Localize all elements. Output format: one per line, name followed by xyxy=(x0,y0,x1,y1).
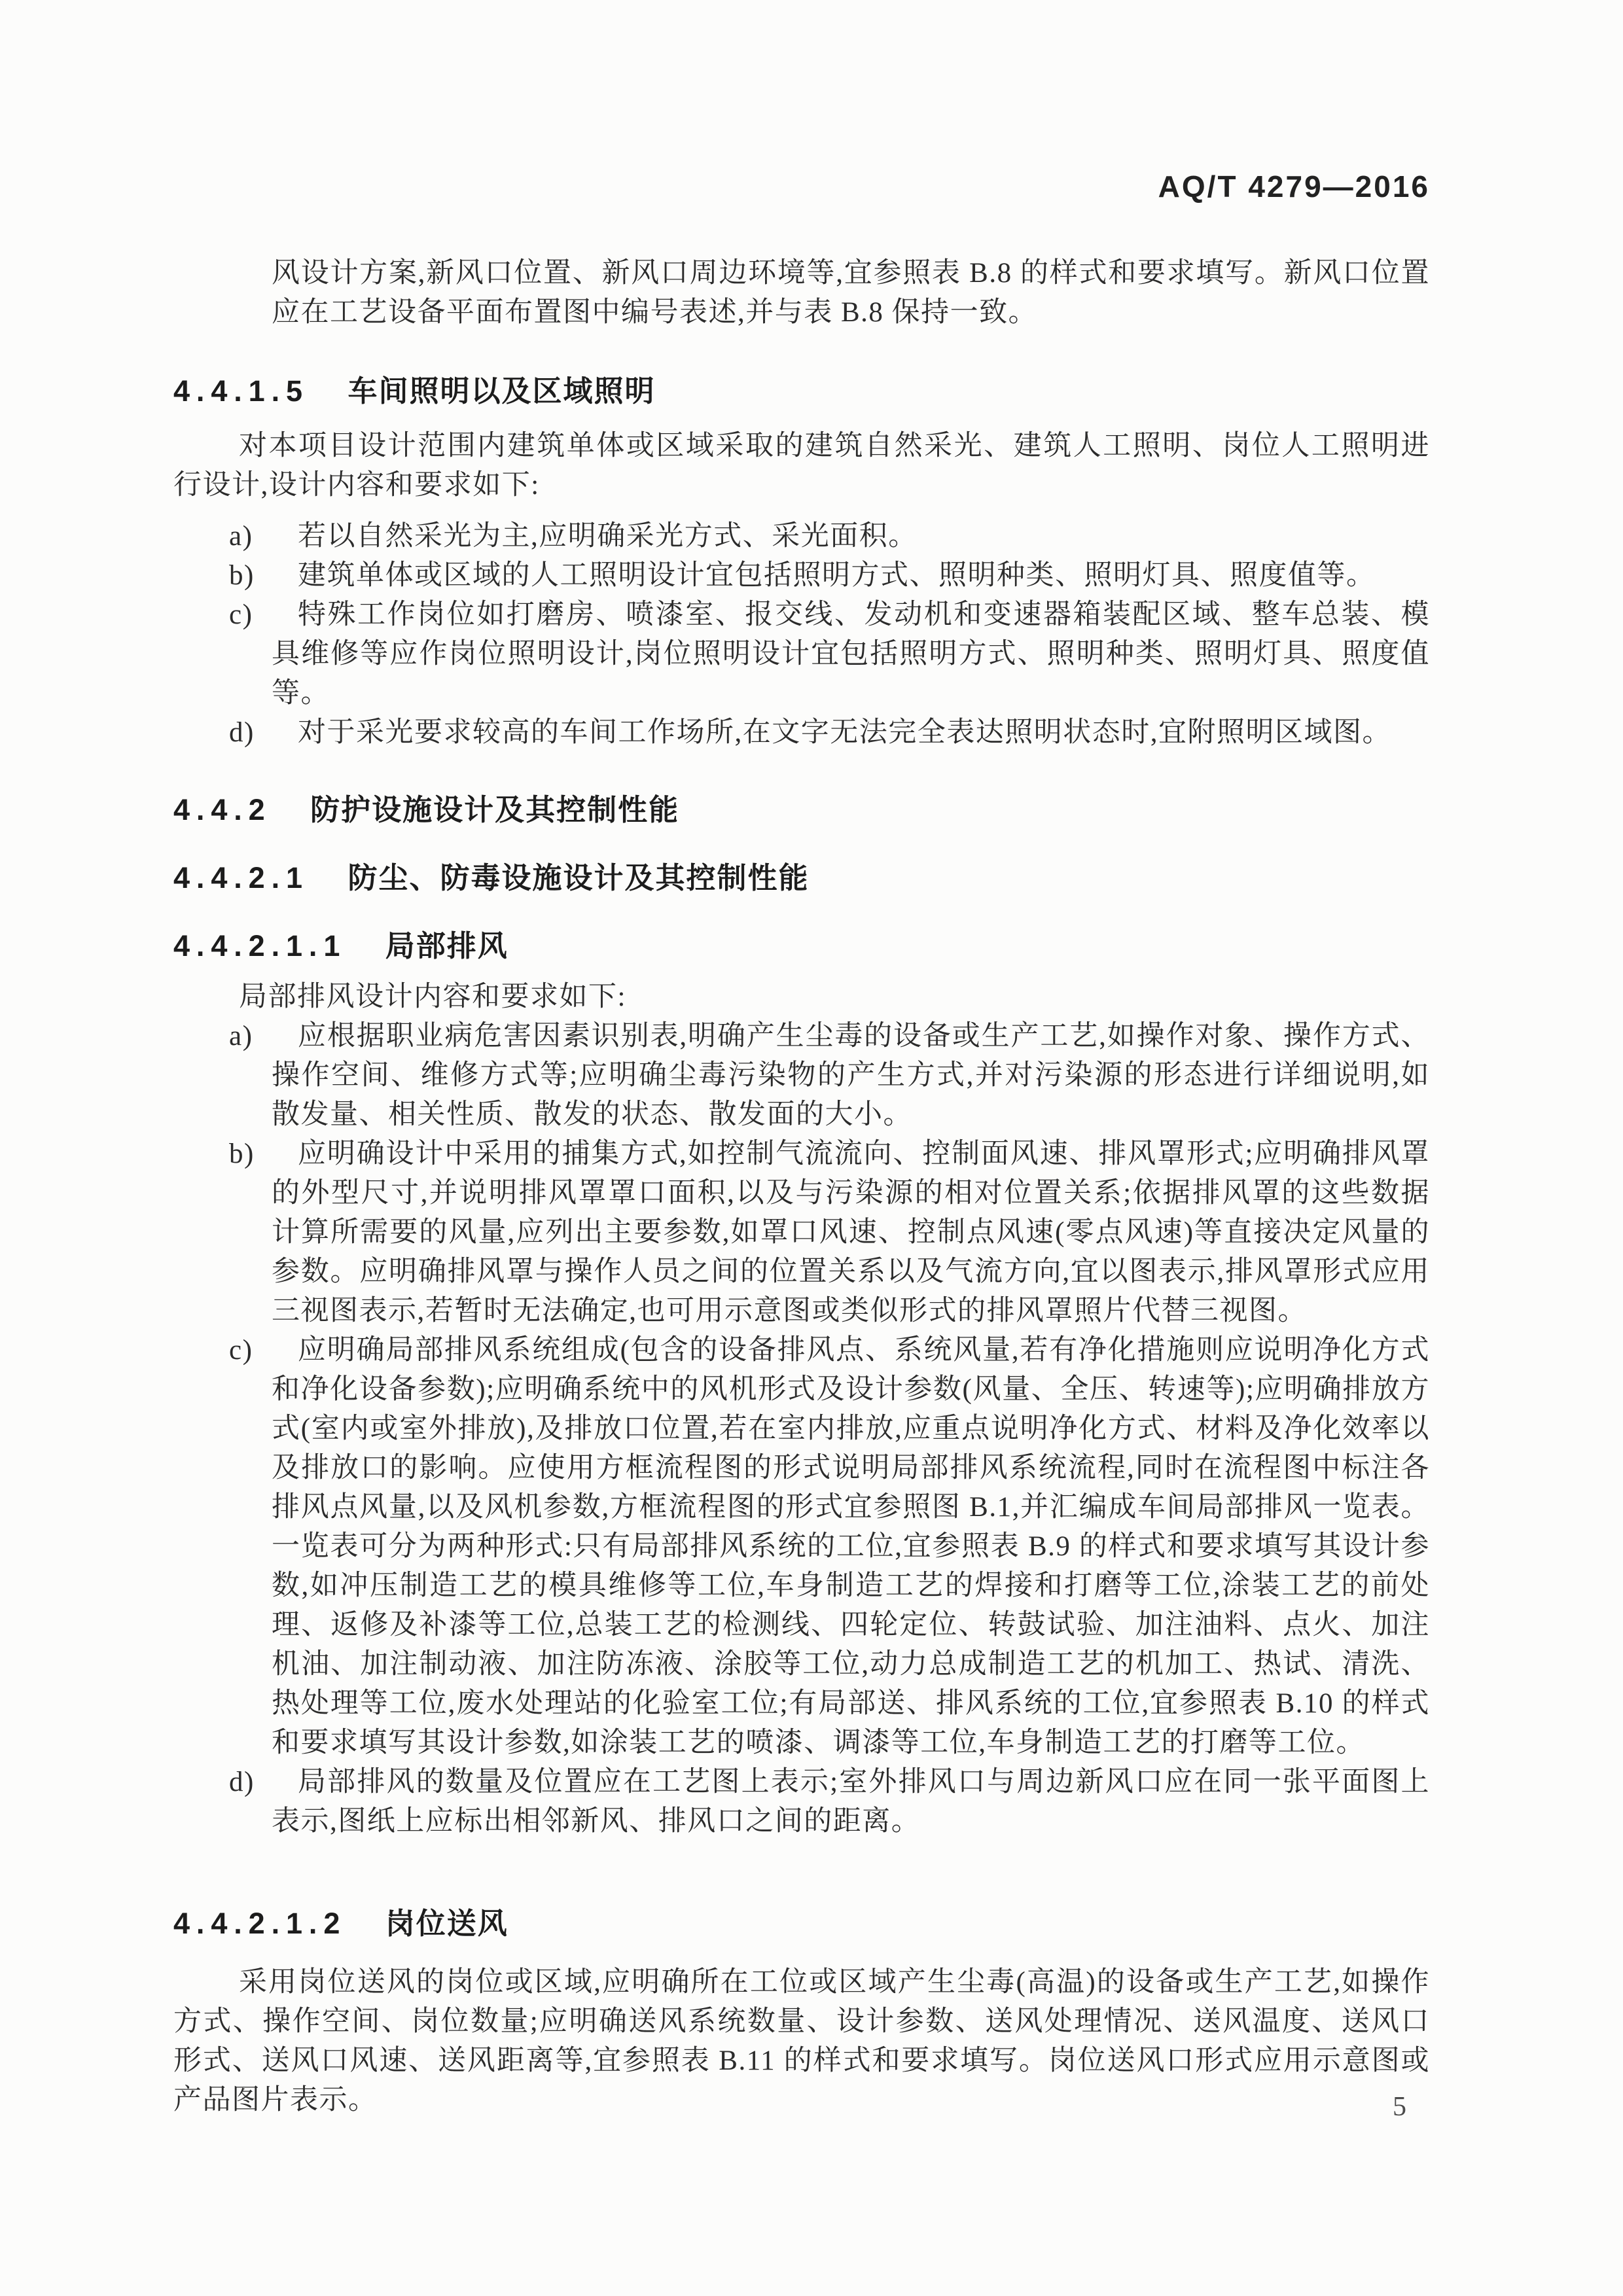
section-number: 4.4.2.1.2 xyxy=(173,1907,346,1940)
section-heading-4-4-1-5: 4.4.1.5 车间照明以及区域照明 xyxy=(173,372,1430,411)
item-text: 局部排风的数量及位置应在工艺图上表示;室外排风口与周边新风口应在同一张平面图上表… xyxy=(272,1767,1430,1837)
item-marker: c) xyxy=(229,1331,253,1370)
list-item-c: c) 应明确局部排风系统组成(包含的设备排风点、系统风量,若有净化措施则应说明净… xyxy=(173,1331,1430,1763)
local-exhaust-requirements-list: a) 应根据职业病危害因素识别表,明确产生尘毒的设备或生产工艺,如操作对象、操作… xyxy=(173,1017,1430,1841)
lighting-requirements-list: a) 若以自然采光为主,应明确采光方式、采光面积。 b) 建筑单体或区域的人工照… xyxy=(173,517,1430,752)
section-number: 4.4.2.1.1 xyxy=(173,929,346,963)
section-4-4-2-1-1-intro: 局部排风设计内容和要求如下: xyxy=(173,978,1430,1017)
section-number: 4.4.2.1 xyxy=(173,861,309,894)
section-title: 防护设施设计及其控制性能 xyxy=(310,793,679,826)
item-text: 若以自然采光为主,应明确采光方式、采光面积。 xyxy=(298,521,918,552)
section-heading-4-4-2: 4.4.2 防护设施设计及其控制性能 xyxy=(173,790,1430,830)
page-content: 风设计方案,新风口位置、新风口周边环境等,宜参照表 B.8 的样式和要求填写。新… xyxy=(173,0,1430,2120)
page-number: 5 xyxy=(1393,2091,1406,2123)
item-marker: b) xyxy=(229,1135,255,1174)
list-item-a: a) 若以自然采光为主,应明确采光方式、采光面积。 xyxy=(173,517,1430,556)
section-heading-4-4-2-1-2: 4.4.2.1.2 岗位送风 xyxy=(173,1904,1430,1943)
list-item-b: b) 建筑单体或区域的人工照明设计宜包括照明方式、照明种类、照明灯具、照度值等。 xyxy=(173,556,1430,595)
list-item-d: d) 对于采光要求较高的车间工作场所,在文字无法完全表达照明状态时,宜附照明区域… xyxy=(173,713,1430,752)
item-marker: a) xyxy=(229,517,253,556)
section-4-4-2-1-2-intro: 采用岗位送风的岗位或区域,应明确所在工位或区域产生尘毒(高温)的设备或生产工艺,… xyxy=(173,1963,1430,2120)
document-page: AQ/T 4279—2016 风设计方案,新风口位置、新风口周边环境等,宜参照表… xyxy=(0,0,1623,2296)
item-marker: d) xyxy=(229,713,255,752)
section-title: 岗位送风 xyxy=(385,1907,508,1940)
item-marker: c) xyxy=(229,595,253,635)
item-marker: d) xyxy=(229,1763,255,1802)
list-item-b: b) 应明确设计中采用的捕集方式,如控制气流流向、控制面风速、排风罩形式;应明确… xyxy=(173,1135,1430,1331)
item-marker: a) xyxy=(229,1017,253,1056)
section-title: 防尘、防毒设施设计及其控制性能 xyxy=(348,861,809,894)
list-item-d: d) 局部排风的数量及位置应在工艺图上表示;室外排风口与周边新风口应在同一张平面… xyxy=(173,1763,1430,1841)
item-text: 应根据职业病危害因素识别表,明确产生尘毒的设备或生产工艺,如操作对象、操作方式、… xyxy=(272,1021,1430,1130)
section-heading-4-4-2-1-1: 4.4.2.1.1 局部排风 xyxy=(173,927,1430,966)
list-item-a: a) 应根据职业病危害因素识别表,明确产生尘毒的设备或生产工艺,如操作对象、操作… xyxy=(173,1017,1430,1135)
continuation-paragraph: 风设计方案,新风口位置、新风口周边环境等,宜参照表 B.8 的样式和要求填写。新… xyxy=(173,254,1430,332)
section-title: 车间照明以及区域照明 xyxy=(348,374,655,408)
section-title: 局部排风 xyxy=(385,929,508,963)
item-text: 建筑单体或区域的人工照明设计宜包括照明方式、照明种类、照明灯具、照度值等。 xyxy=(298,560,1376,591)
section-number: 4.4.1.5 xyxy=(173,374,309,408)
item-marker: b) xyxy=(229,556,255,595)
item-text: 应明确设计中采用的捕集方式,如控制气流流向、控制面风速、排风罩形式;应明确排风罩… xyxy=(272,1139,1430,1326)
section-number: 4.4.2 xyxy=(173,793,272,826)
item-text: 对于采光要求较高的车间工作场所,在文字无法完全表达照明状态时,宜附照明区域图。 xyxy=(298,717,1391,748)
section-heading-4-4-2-1: 4.4.2.1 防尘、防毒设施设计及其控制性能 xyxy=(173,858,1430,898)
list-item-c: c) 特殊工作岗位如打磨房、喷漆室、报交线、发动机和变速器箱装配区域、整车总装、… xyxy=(173,595,1430,713)
item-text: 特殊工作岗位如打磨房、喷漆室、报交线、发动机和变速器箱装配区域、整车总装、模具维… xyxy=(272,599,1430,709)
section-4-4-1-5-intro: 对本项目设计范围内建筑单体或区域采取的建筑自然采光、建筑人工照明、岗位人工照明进… xyxy=(173,427,1430,505)
item-text: 应明确局部排风系统组成(包含的设备排风点、系统风量,若有净化措施则应说明净化方式… xyxy=(272,1335,1430,1758)
